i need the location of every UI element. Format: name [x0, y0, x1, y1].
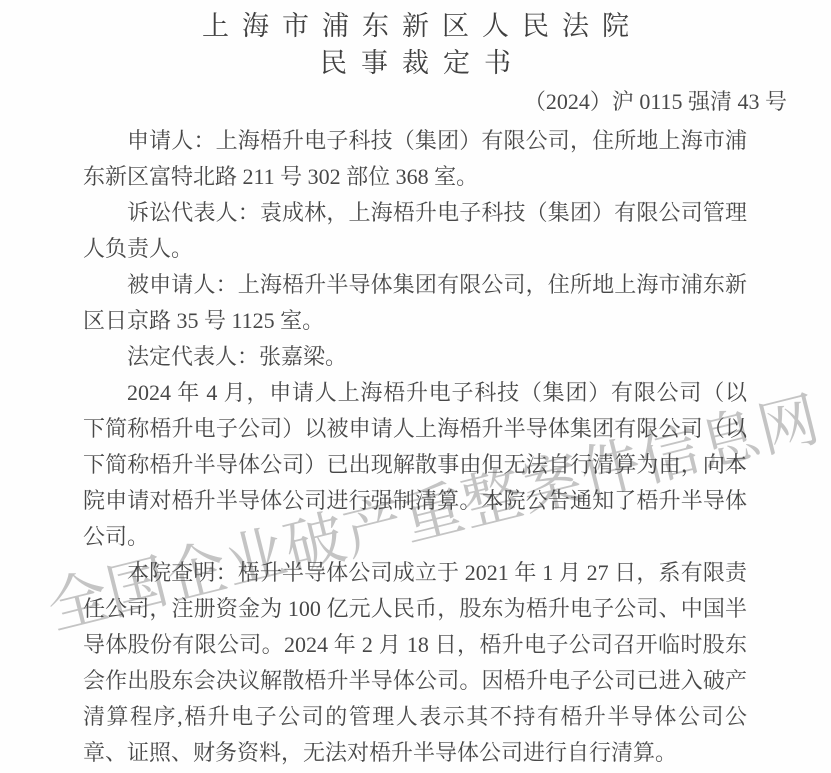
paragraph-respondent: 被申请人：上海梧升半导体集团有限公司，住所地上海市浦东新区日京路 35 号 11… [83, 267, 747, 339]
court-name-title: 上海市浦东新区人民法院 [0, 0, 831, 44]
document: 上海市浦东新区人民法院 民事裁定书 （2024）沪 0115 强清 43 号 申… [0, 0, 831, 771]
document-type-title: 民事裁定书 [0, 48, 831, 78]
case-number: （2024）沪 0115 强清 43 号 [0, 90, 831, 114]
paragraph-legal-representative: 法定代表人：张嘉梁。 [83, 339, 747, 375]
paragraph-litigation-representative: 诉讼代表人：袁成林，上海梧升电子科技（集团）有限公司管理人负责人。 [83, 195, 747, 267]
paragraph-applicant: 申请人：上海梧升电子科技（集团）有限公司，住所地上海市浦东新区富特北路 211 … [83, 123, 747, 195]
document-body: 申请人：上海梧升电子科技（集团）有限公司，住所地上海市浦东新区富特北路 211 … [0, 123, 831, 771]
scanned-court-document-page: 全国企业破产重整案件信息网 上海市浦东新区人民法院 民事裁定书 （2024）沪 … [0, 0, 831, 773]
paragraph-court-findings: 本院查明：梧升半导体公司成立于 2021 年 1 月 27 日，系有限责任公司，… [83, 555, 747, 771]
paragraph-application-statement: 2024 年 4 月，申请人上海梧升电子科技（集团）有限公司（以下简称梧升电子公… [83, 375, 747, 555]
